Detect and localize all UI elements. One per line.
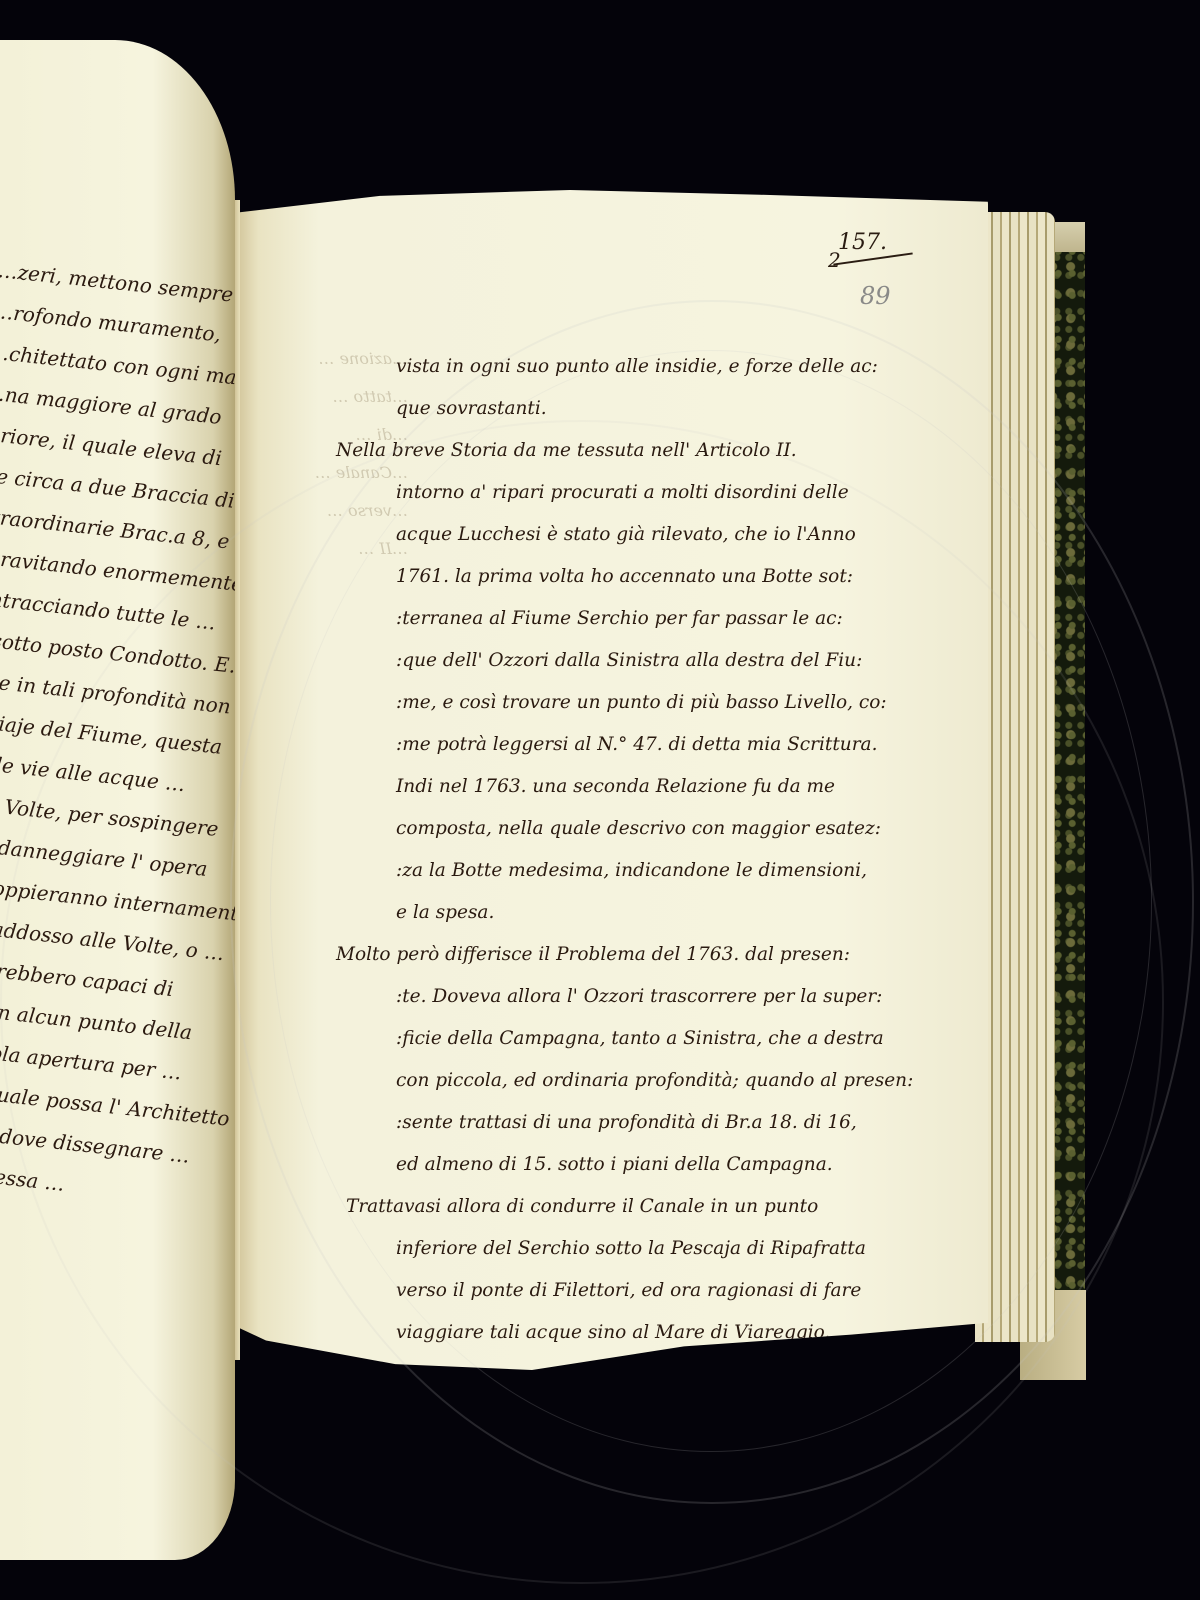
text-line: :me potrà leggersi al N.° 47. di detta m… bbox=[366, 724, 946, 766]
text-line: Indi nel 1763. una seconda Relazione fu … bbox=[366, 766, 946, 808]
text-line: :ficie della Campagna, tanto a Sinistra,… bbox=[366, 1018, 946, 1060]
text-line: que sovrastanti. bbox=[366, 388, 946, 430]
text-line: :me, e così trovare un punto di più bass… bbox=[366, 682, 946, 724]
text-line: ed almeno di 15. sotto i piani della Cam… bbox=[366, 1144, 946, 1186]
text-line: inferiore del Serchio sotto la Pescaja d… bbox=[366, 1228, 946, 1270]
manuscript-photo: …azione … …tatto … …di … …Canale … …vers… bbox=[0, 0, 1200, 1600]
text-line: :terranea al Fiume Serchio per far passa… bbox=[366, 598, 946, 640]
text-line: Trattavasi allora di condurre il Canale … bbox=[346, 1186, 946, 1228]
text-line: intorno a' ripari procurati a molti diso… bbox=[366, 472, 946, 514]
text-line: vista in ogni suo punto alle insidie, e … bbox=[366, 346, 946, 388]
text-line: Nella breve Storia da me tessuta nell' A… bbox=[336, 430, 946, 472]
text-line: composta, nella quale descrivo con maggi… bbox=[366, 808, 946, 850]
text-line: con piccola, ed ordinaria profondità; qu… bbox=[366, 1060, 946, 1102]
text-line: :za la Botte medesima, indicandone le di… bbox=[366, 850, 946, 892]
right-page: …azione … …tatto … …di … …Canale … …vers… bbox=[228, 190, 988, 1370]
folio-mark: 2 bbox=[828, 248, 841, 272]
pencil-page-number: 89 bbox=[860, 282, 891, 310]
folio-number: 157. bbox=[838, 230, 887, 255]
manuscript-text: vista in ogni suo punto alle insidie, e … bbox=[366, 346, 946, 1354]
text-line: Molto però differisce il Problema del 17… bbox=[336, 934, 946, 976]
text-line: :sente trattasi di una profondità di Br.… bbox=[366, 1102, 946, 1144]
text-line: :te. Doveva allora l' Ozzori trascorrere… bbox=[366, 976, 946, 1018]
left-page-text: …zeri, mettono sempre a …rofondo muramen… bbox=[0, 250, 235, 1213]
text-line: 1761. la prima volta ho accennato una Bo… bbox=[366, 556, 946, 598]
text-line: :que dell' Ozzori dalla Sinistra alla de… bbox=[366, 640, 946, 682]
text-line: verso il ponte di Filettori, ed ora ragi… bbox=[366, 1270, 946, 1312]
left-page: …zeri, mettono sempre a …rofondo muramen… bbox=[0, 40, 235, 1560]
text-line: e la spesa. bbox=[366, 892, 946, 934]
text-line: viaggiare tali acque sino al Mare di Via… bbox=[366, 1312, 946, 1354]
text-line: acque Lucchesi è stato già rilevato, che… bbox=[366, 514, 946, 556]
